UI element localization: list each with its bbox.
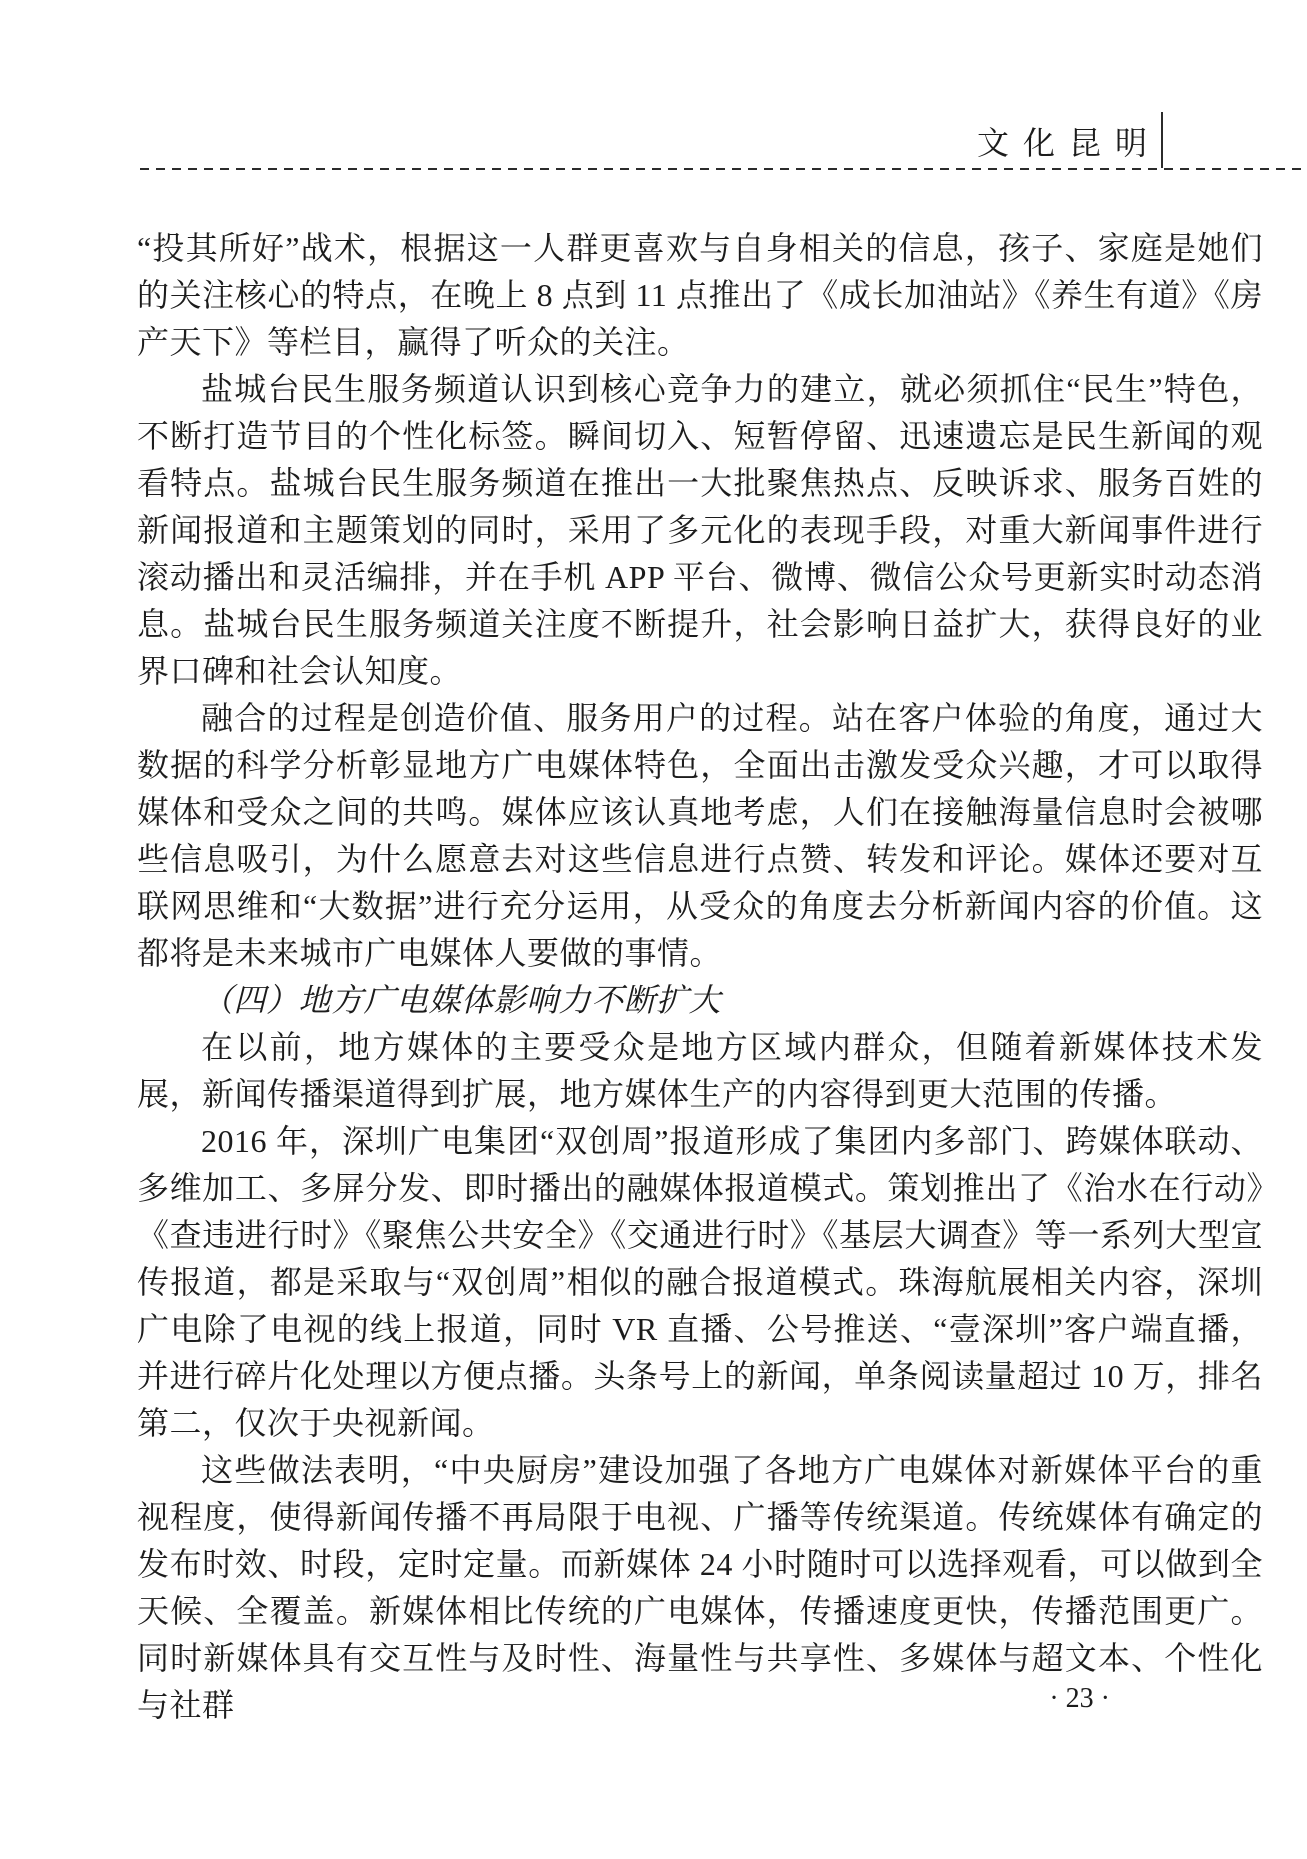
body-paragraph: 2016 年，深圳广电集团“双创周”报道形成了集团内多部门、跨媒体联动、多维加工… bbox=[137, 1118, 1263, 1447]
body-paragraph: 融合的过程是创造价值、服务用户的过程。站在客户体验的角度，通过大数据的科学分析彰… bbox=[137, 695, 1263, 977]
book-page: 文化昆明 “投其所好”战术，根据这一人群更喜欢与自身相关的信息，孩子、家庭是她们… bbox=[0, 0, 1307, 1859]
running-header-title: 文化昆明 bbox=[977, 127, 1161, 168]
body-paragraph: “投其所好”战术，根据这一人群更喜欢与自身相关的信息，孩子、家庭是她们的关注核心… bbox=[137, 225, 1263, 366]
section-heading: （四）地方广电媒体影响力不断扩大 bbox=[137, 977, 1263, 1024]
header-vertical-rule bbox=[1161, 112, 1163, 168]
body-paragraph: 在以前，地方媒体的主要受众是地方区域内群众，但随着新媒体技术发展，新闻传播渠道得… bbox=[137, 1024, 1263, 1118]
running-header: 文化昆明 bbox=[977, 112, 1163, 168]
header-dashed-rule bbox=[140, 168, 1307, 170]
body-paragraph: 盐城台民生服务频道认识到核心竞争力的建立，就必须抓住“民生”特色，不断打造节目的… bbox=[137, 366, 1263, 695]
document-body: “投其所好”战术，根据这一人群更喜欢与自身相关的信息，孩子、家庭是她们的关注核心… bbox=[137, 225, 1263, 1729]
page-number: · 23 · bbox=[1049, 1682, 1110, 1716]
